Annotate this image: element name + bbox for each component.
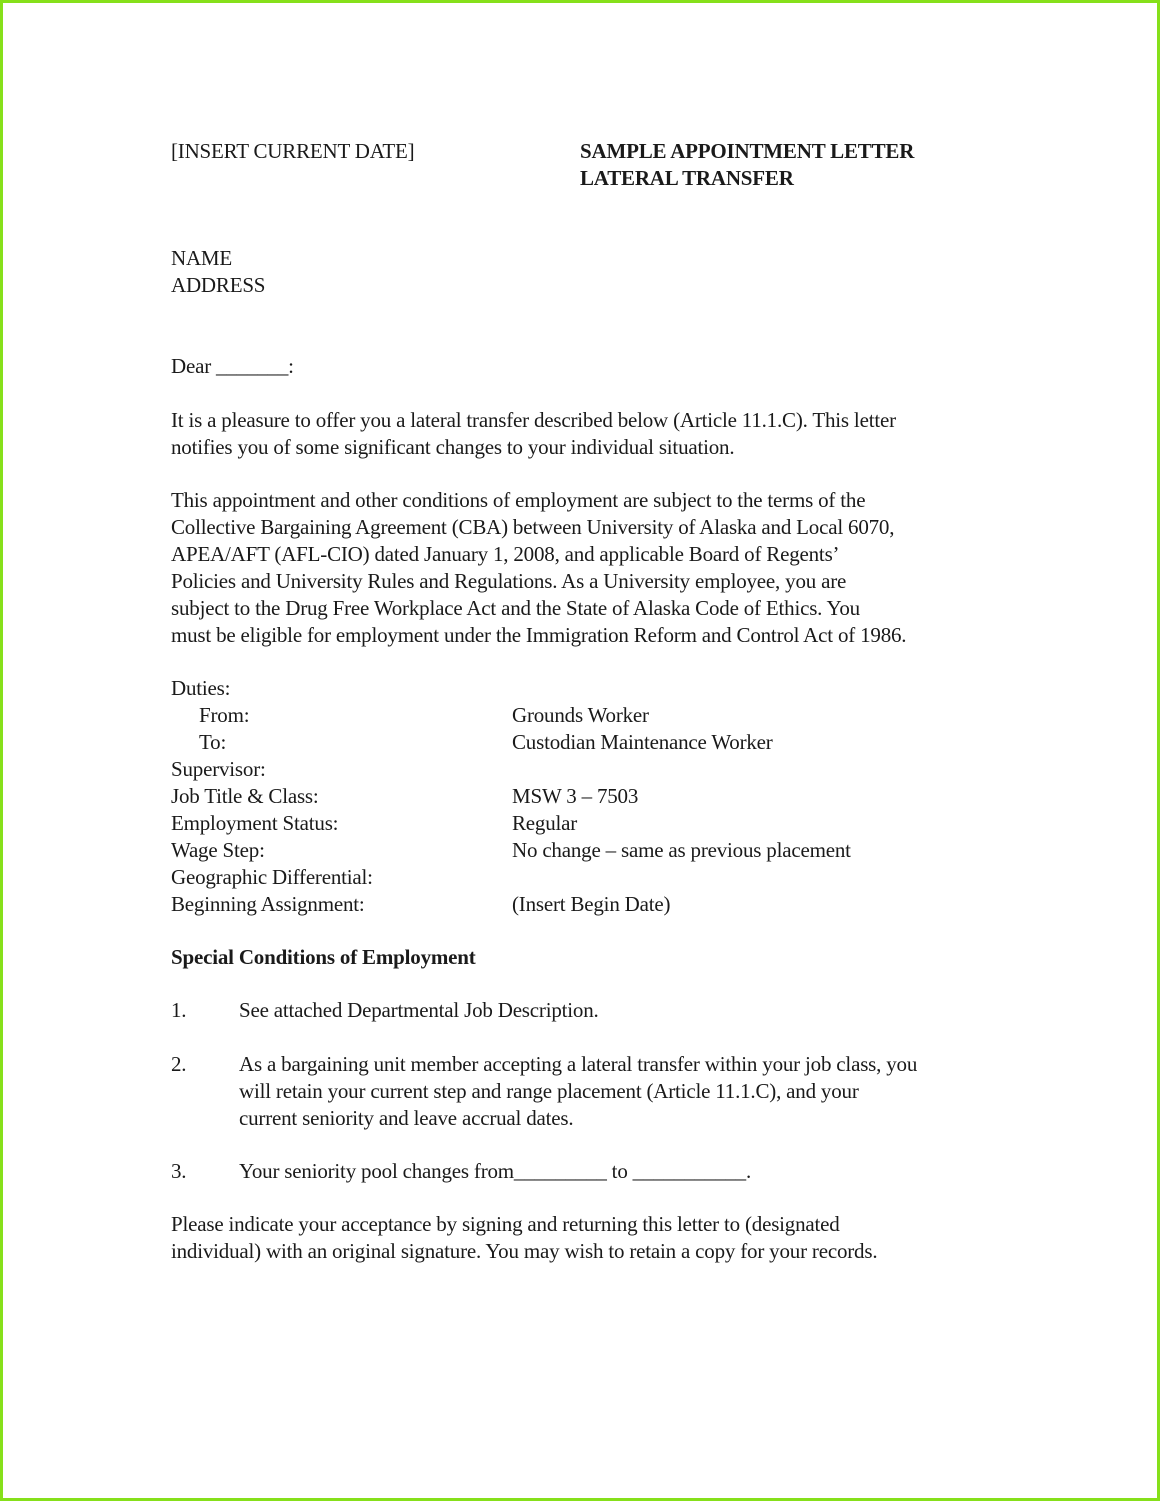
detail-label: Supervisor: <box>171 756 266 783</box>
list-number: 2. <box>171 1051 186 1078</box>
detail-label: Duties: <box>171 675 230 702</box>
terms-line: must be eligible for employment under th… <box>171 622 906 649</box>
detail-label: From: <box>199 702 249 729</box>
letter-subtitle: LATERAL TRANSFER <box>580 165 794 192</box>
special-conditions-heading: Special Conditions of Employment <box>171 944 476 971</box>
recipient-name: NAME <box>171 245 232 272</box>
letter-title: SAMPLE APPOINTMENT LETTER <box>580 138 914 165</box>
detail-label: Job Title & Class: <box>171 783 319 810</box>
terms-line: Policies and University Rules and Regula… <box>171 568 846 595</box>
detail-value: Grounds Worker <box>512 702 649 729</box>
list-number: 3. <box>171 1158 186 1185</box>
date-placeholder: [INSERT CURRENT DATE] <box>171 138 414 165</box>
closing-line: Please indicate your acceptance by signi… <box>171 1211 840 1238</box>
intro-line: notifies you of some significant changes… <box>171 434 734 461</box>
detail-value: No change – same as previous placement <box>512 837 851 864</box>
detail-label: Geographic Differential: <box>171 864 373 891</box>
detail-label: Wage Step: <box>171 837 265 864</box>
detail-value: (Insert Begin Date) <box>512 891 670 918</box>
closing-line: individual) with an original signature. … <box>171 1238 877 1265</box>
detail-label: Employment Status: <box>171 810 338 837</box>
list-item: As a bargaining unit member accepting a … <box>239 1051 917 1078</box>
salutation: Dear _______: <box>171 353 294 380</box>
terms-line: This appointment and other conditions of… <box>171 487 865 514</box>
terms-line: subject to the Drug Free Workplace Act a… <box>171 595 860 622</box>
list-item: Your seniority pool changes from________… <box>239 1158 751 1185</box>
terms-line: APEA/AFT (AFL-CIO) dated January 1, 2008… <box>171 541 839 568</box>
recipient-address: ADDRESS <box>171 272 265 299</box>
terms-line: Collective Bargaining Agreement (CBA) be… <box>171 514 894 541</box>
detail-value: Regular <box>512 810 577 837</box>
detail-value: MSW 3 – 7503 <box>512 783 638 810</box>
detail-label: To: <box>199 729 226 756</box>
detail-value: Custodian Maintenance Worker <box>512 729 773 756</box>
intro-line: It is a pleasure to offer you a lateral … <box>171 407 896 434</box>
list-number: 1. <box>171 997 186 1024</box>
list-item: will retain your current step and range … <box>239 1078 859 1105</box>
detail-label: Beginning Assignment: <box>171 891 365 918</box>
list-item: current seniority and leave accrual date… <box>239 1105 573 1132</box>
letter-page: [INSERT CURRENT DATE] SAMPLE APPOINTMENT… <box>0 0 1160 1501</box>
list-item: See attached Departmental Job Descriptio… <box>239 997 599 1024</box>
